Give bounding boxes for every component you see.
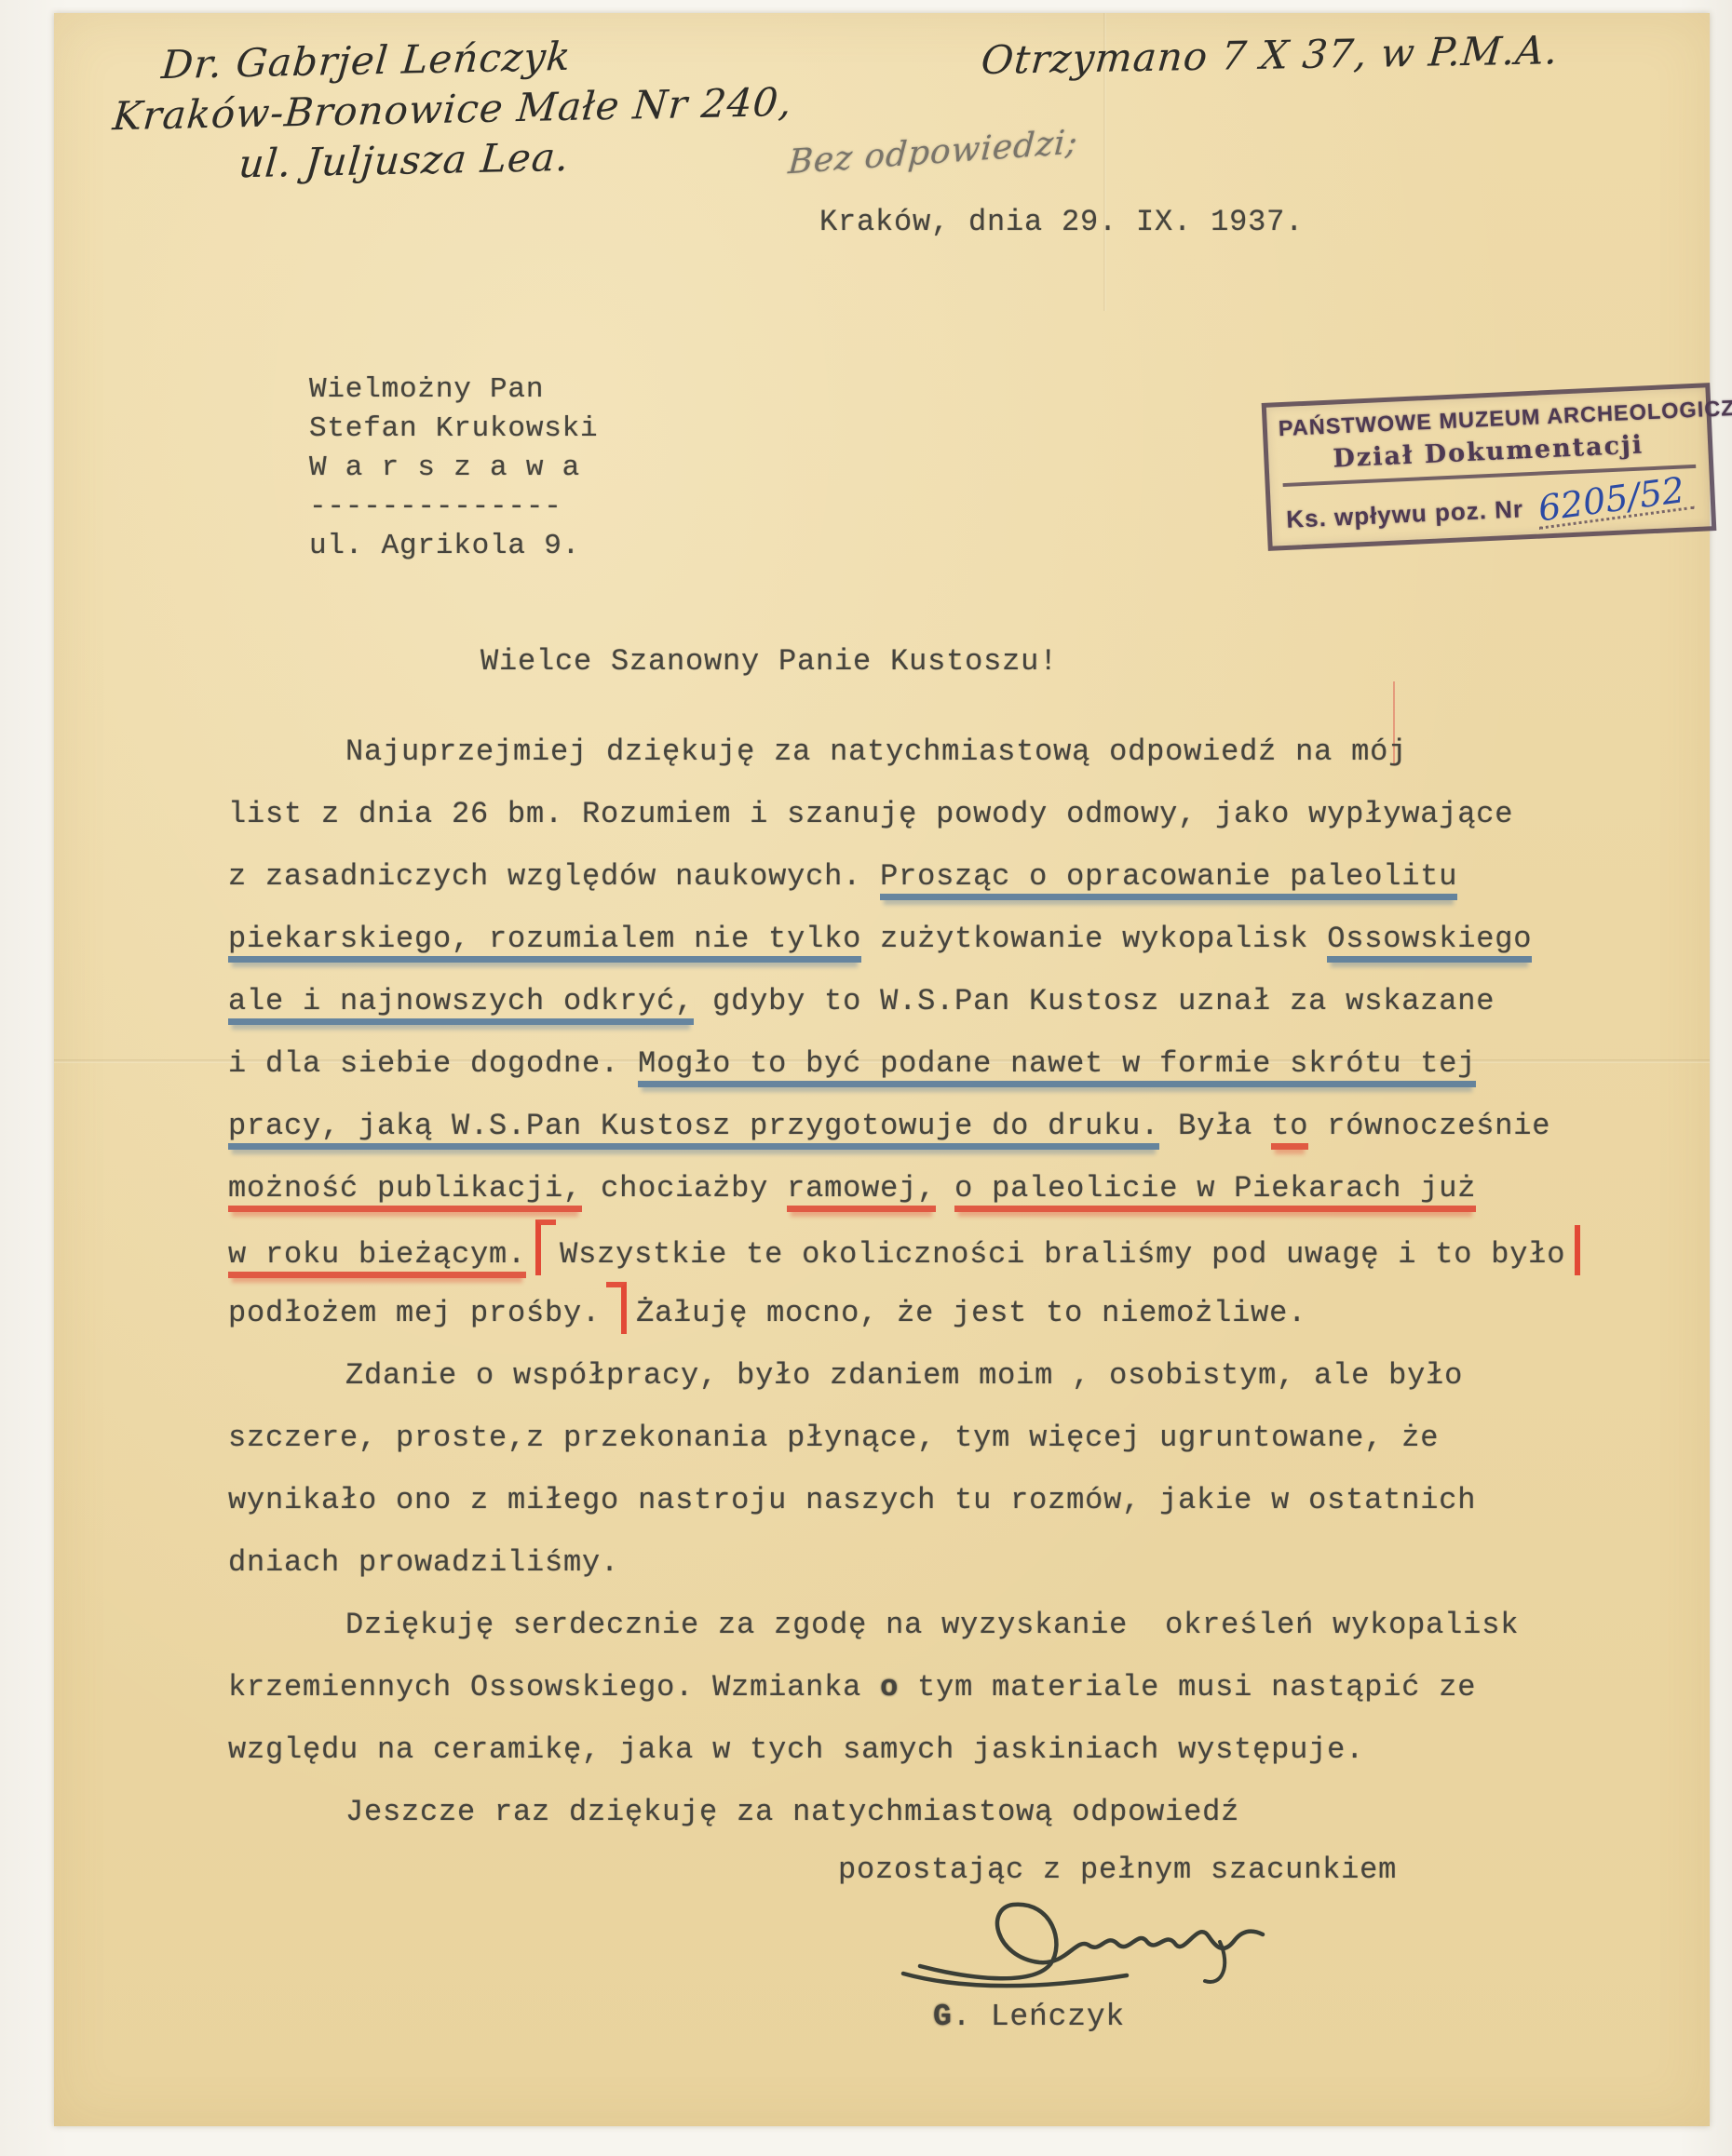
body-line: wynikało ono z miłego nastroju naszych t…: [228, 1469, 1625, 1531]
sender-address: Dr. Gabrjel LeńczykKraków-Bronowice Małe…: [106, 27, 798, 193]
text-segment: dniach prowadziliśmy.: [228, 1545, 619, 1580]
text-segment: tym materiale musi nastąpić ze: [899, 1670, 1476, 1705]
red-editor-mark-bar: [1575, 1225, 1580, 1275]
text-segment: krzemiennych Ossowskiego. Wzmianka: [228, 1670, 880, 1705]
text-segment: list z dnia 26 bm. Rozumiem i szanuję po…: [228, 797, 1513, 831]
typed-name-initial: G: [933, 2000, 953, 2034]
dateline: Kraków, dnia 29. IX. 1937.: [819, 205, 1304, 239]
text-segment: Jeszcze raz dziękuję za natychmiastową o…: [345, 1795, 1239, 1829]
text-segment: Była: [1159, 1109, 1271, 1143]
text-segment: [936, 1171, 954, 1206]
text-segment: Dziękuję serdecznie za zgodę na wyzyskan…: [345, 1608, 1519, 1642]
text-segment: wynikało ono z miłego nastroju naszych t…: [228, 1483, 1476, 1517]
body-line: pracy, jaką W.S.Pan Kustosz przygotowuje…: [228, 1095, 1625, 1157]
recipient-line: Stefan Krukowski: [309, 410, 598, 449]
text-segment: szczere, proste,z przekonania płynące, t…: [228, 1421, 1439, 1455]
red-editor-mark-open: [535, 1219, 556, 1275]
body-line: ale i najnowszych odkryć, gdyby to W.S.P…: [228, 970, 1625, 1032]
body-line: w roku bieżącym.Wszystkie te okolicznośc…: [228, 1219, 1625, 1282]
underlined-text: ale i najnowszych odkryć,: [228, 984, 694, 1025]
body-line: Najuprzejmiej dziękuję za natychmiastową…: [228, 721, 1625, 783]
text-segment: Wszystkie te okoliczności braliśmy pod u…: [560, 1237, 1565, 1272]
underlined-text: możność publikacji,: [228, 1171, 582, 1212]
recipient-block: Wielmożny PanStefan KrukowskiW a r s z a…: [309, 371, 598, 566]
underlined-text: Mogło to być podane nawet w formie skrót…: [638, 1046, 1476, 1087]
underlined-text: to: [1271, 1109, 1308, 1150]
body-line: dniach prowadziliśmy.: [228, 1531, 1625, 1594]
body-line: Zdanie o współpracy, było zdaniem moim ,…: [228, 1344, 1625, 1407]
body-line: z zasadniczych względów naukowych. Prosz…: [228, 845, 1625, 908]
red-editor-mark-close: [606, 1282, 627, 1334]
underlined-text: o paleolicie w Piekarach już: [954, 1171, 1476, 1212]
body-line: podłożem mej prośby.Żałuję mocno, że jes…: [228, 1282, 1625, 1344]
stamp-register-number: 6205/52: [1535, 473, 1695, 530]
underlined-text: piekarskiego, rozumialem nie tylko: [228, 922, 861, 963]
body-line: piekarskiego, rozumialem nie tylko zużyt…: [228, 908, 1625, 970]
text-segment: chociażby: [582, 1171, 787, 1206]
body-line: Dziękuję serdecznie za zgodę na wyzyskan…: [228, 1594, 1625, 1656]
signature-scrawl: [892, 1875, 1292, 2005]
text-segment: gdyby to W.S.Pan Kustosz uznał za wskaza…: [694, 984, 1495, 1018]
text-segment: zużytkowanie wykopalisk: [861, 922, 1327, 956]
text-segment: Najuprzejmiej dziękuję za natychmiastową…: [345, 734, 1407, 769]
typed-name-rest: . Leńczyk: [953, 2000, 1125, 2034]
body-line: list z dnia 26 bm. Rozumiem i szanuję po…: [228, 783, 1625, 845]
scanned-letter-page: { "annotations": { "sender_address": ["D…: [0, 0, 1732, 2156]
letter-body: Najuprzejmiej dziękuję za natychmiastową…: [228, 721, 1625, 1843]
received-note: Otrzymano 7 X 37, w P.M.A.: [980, 27, 1561, 83]
text-segment: Żałuję mocno, że jest to niemożliwe.: [636, 1296, 1306, 1330]
underlined-text: pracy, jaką W.S.Pan Kustosz przygotowuje…: [228, 1109, 1159, 1150]
text-segment: względu na ceramikę, jaka w tych samych …: [228, 1732, 1364, 1767]
recipient-line: ul. Agrikola 9.: [309, 527, 598, 566]
text-segment: z zasadniczych względów naukowych.: [228, 859, 880, 894]
body-line: krzemiennych Ossowskiego. Wzmianka o tym…: [228, 1656, 1625, 1718]
body-line: i dla siebie dogodne. Mogło to być podan…: [228, 1032, 1625, 1095]
underlined-text: ramowej,: [787, 1171, 936, 1212]
body-line: Jeszcze raz dziękuję za natychmiastową o…: [228, 1781, 1625, 1843]
typed-name: G. Leńczyk: [933, 2000, 1125, 2034]
body-line: szczere, proste,z przekonania płynące, t…: [228, 1407, 1625, 1469]
stamp-register-row: Ks. wpływu poz. Nr 6205/52: [1281, 478, 1699, 534]
paper-sheet: Dr. Gabrjel LeńczykKraków-Bronowice Małe…: [54, 13, 1710, 2126]
body-line: względu na ceramikę, jaka w tych samych …: [228, 1718, 1625, 1781]
text-segment: i dla siebie dogodne.: [228, 1046, 638, 1081]
underlined-text: Prosząc o opracowanie paleolitu: [880, 859, 1457, 900]
text-segment: Zdanie o współpracy, było zdaniem moim ,…: [345, 1358, 1463, 1393]
text-segment: o: [880, 1670, 899, 1705]
salutation: Wielce Szanowny Panie Kustoszu!: [480, 644, 1058, 679]
pencil-note: Bez odpowiedzi;: [787, 123, 1079, 182]
recipient-line: Wielmożny Pan: [309, 371, 598, 410]
stamp-register-label: Ks. wpływu poz. Nr: [1286, 494, 1524, 534]
text-segment: równocześnie: [1308, 1109, 1550, 1143]
body-line: możność publikacji, chociażby ramowej, o…: [228, 1157, 1625, 1219]
text-segment: podłożem mej prośby.: [228, 1296, 601, 1330]
recipient-line: W a r s z a w a: [309, 449, 598, 488]
recipient-line: --------------: [309, 488, 598, 527]
underlined-text: w roku bieżącym.: [228, 1237, 526, 1278]
museum-stamp: PAŃSTWOWE MUZEUM ARCHEOLOGICZNE Dział Do…: [1262, 383, 1717, 551]
underlined-text: Ossowskiego: [1327, 922, 1532, 963]
